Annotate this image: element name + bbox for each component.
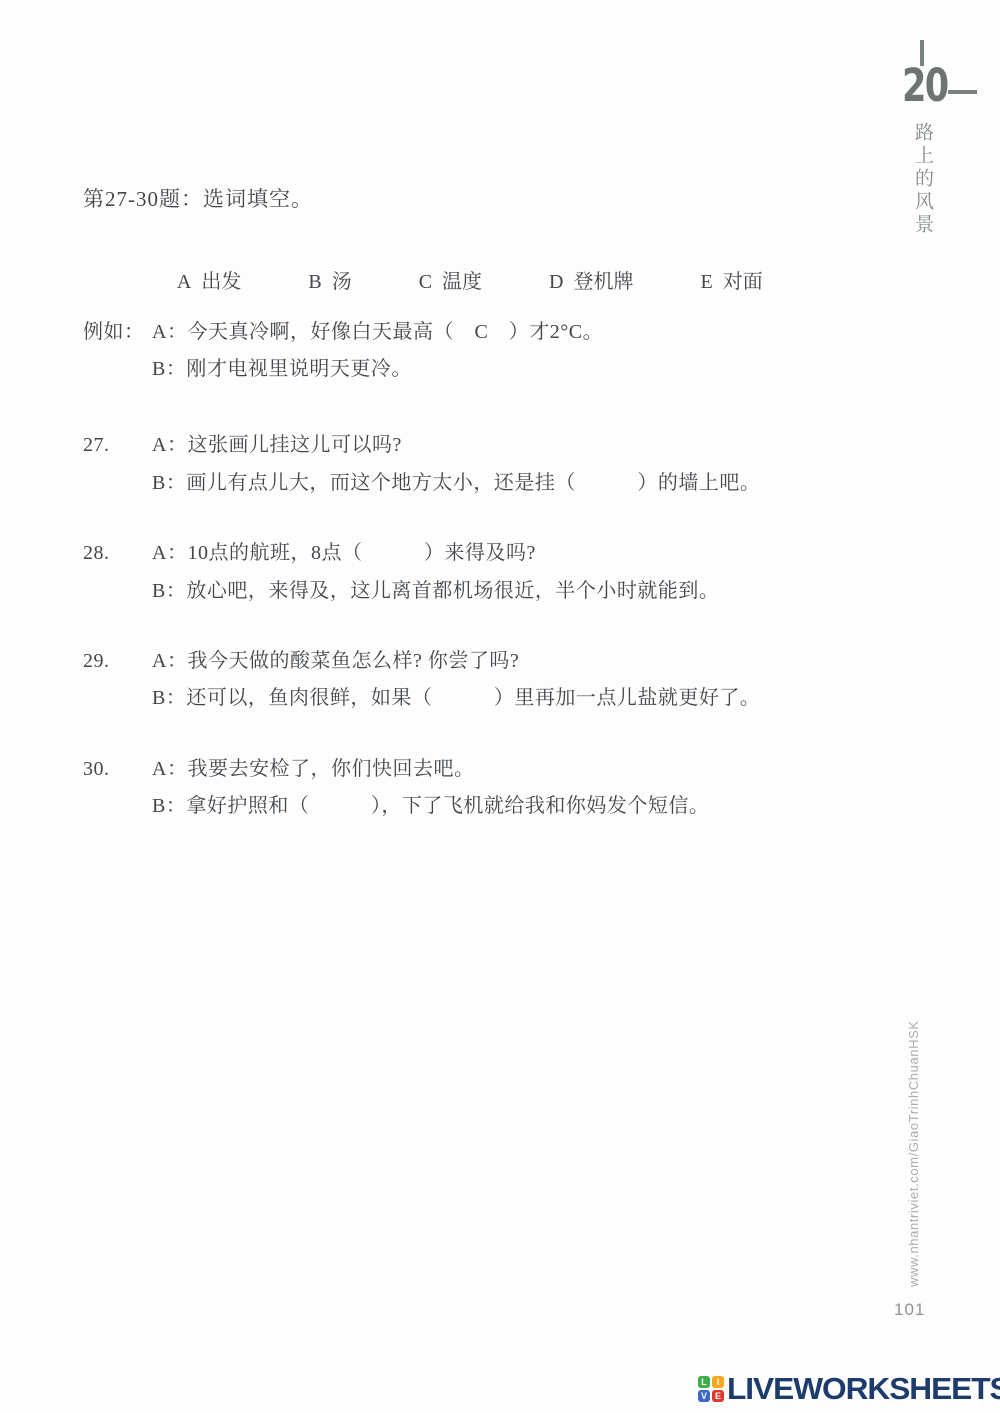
question-29-line-b: B：还可以，鱼肉很鲜，如果（ ）里再加一点儿盐就更好了。 [152, 686, 760, 710]
chapter-title-vertical: 路上的风景 [910, 122, 937, 237]
example-line-b: B：刚才电视里说明天更冷。 [152, 357, 412, 381]
word-bank-option-a: A出发 [148, 242, 241, 317]
question-number: 30. [83, 757, 110, 781]
word-bank-option-b: B汤 [278, 242, 351, 317]
question-27-line-a: A：这张画儿挂这儿可以吗? [152, 433, 402, 457]
question-number: 28. [83, 541, 110, 565]
chapter-number: 20 [902, 63, 944, 108]
option-letter: B [308, 271, 321, 293]
option-letter: E [701, 271, 713, 293]
chapter-tick-horizontal [948, 90, 977, 94]
section-title: 第27-30题：选词填空。 [83, 183, 313, 213]
liveworksheets-logo[interactable]: L I V E LIVEWORKSHEETS [698, 1370, 1000, 1408]
logo-cell-v: V [698, 1390, 710, 1402]
question-30-line-b: B：拿好护照和（ ），下了飞机就给我和你妈发个短信。 [152, 794, 709, 818]
word-bank-option-e: E对面 [671, 242, 763, 317]
option-word: 对面 [723, 271, 763, 293]
question-number: 29. [83, 649, 110, 673]
option-letter: C [419, 271, 432, 293]
word-bank-option-d: D登机牌 [519, 242, 633, 317]
question-29-line-a: A：我今天做的酸菜鱼怎么样? 你尝了吗? [152, 649, 519, 673]
logo-cell-e: E [712, 1390, 724, 1402]
page-number: 101 [894, 1300, 925, 1320]
word-bank-option-c: C温度 [389, 242, 482, 317]
example-label: 例如： [83, 320, 145, 344]
option-word: 登机牌 [574, 271, 634, 293]
publisher-url-vertical: www.nhantriviet.com/GiaoTrinhChuanHSK [906, 995, 921, 1287]
option-word: 汤 [332, 271, 352, 293]
workbook-page: 20 路上的风景 第27-30题：选词填空。 A出发 B汤 C温度 D登机牌 E… [0, 0, 1000, 1413]
question-28-line-a: A：10点的航班，8点（ ）来得及吗? [152, 541, 536, 565]
question-28-line-b: B：放心吧，来得及，这儿离首都机场很近，半个小时就能到。 [152, 579, 719, 603]
logo-cell-i: I [712, 1376, 724, 1388]
liveworksheets-grid-icon: L I V E [698, 1376, 724, 1402]
question-number: 27. [83, 433, 110, 457]
word-bank: A出发 B汤 C温度 D登机牌 E对面 [148, 242, 763, 317]
liveworksheets-wordmark: LIVEWORKSHEETS [727, 1370, 1000, 1408]
question-27-line-b: B：画儿有点儿大，而这个地方太小，还是挂（ ）的墙上吧。 [152, 471, 760, 495]
question-30-line-a: A：我要去安检了，你们快回去吧。 [152, 757, 474, 781]
option-letter: D [549, 271, 563, 293]
option-word: 温度 [442, 271, 482, 293]
logo-cell-l: L [698, 1376, 710, 1388]
option-letter: A [177, 271, 191, 293]
option-word: 出发 [201, 271, 241, 293]
example-line-a: A：今天真冷啊，好像白天最高（ C ）才2°C。 [152, 320, 603, 344]
